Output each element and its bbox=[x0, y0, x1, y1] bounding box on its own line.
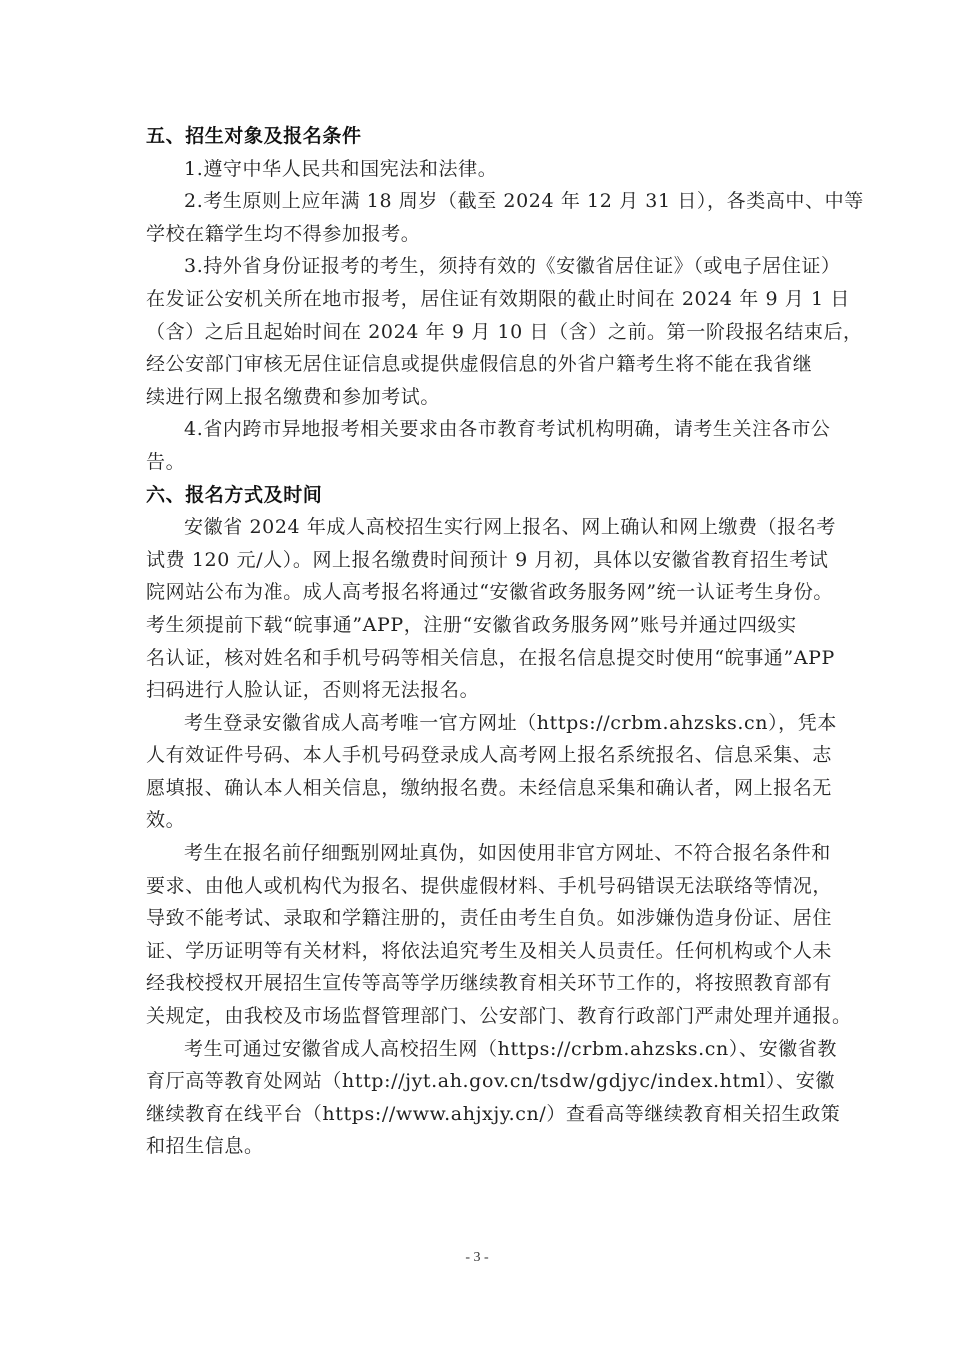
text-line: 关规定，由我校及市场监督管理部门、公安部门、教育行政部门严肃处理并通报。 bbox=[146, 1000, 814, 1033]
paragraph-item-1: 1.遵守中华人民共和国宪法和法律。 bbox=[146, 153, 814, 186]
text-line: 续进行网上报名缴费和参加考试。 bbox=[146, 381, 814, 414]
text-line: 院网站公布为准。成人高考报名将通过“安徽省政务服务网”统一认证考生身份。 bbox=[146, 576, 814, 609]
text-line: 愿填报、确认本人相关信息，缴纳报名费。未经信息采集和确认者，网上报名无 bbox=[146, 772, 814, 805]
text-line: 4.省内跨市异地报考相关要求由各市教育考试机构明确，请考生关注各市公 bbox=[146, 413, 814, 446]
text-line: 要求、由他人或机构代为报名、提供虚假材料、手机号码错误无法联络等情况， bbox=[146, 870, 814, 903]
text-line: 试费 120 元/人）。网上报名缴费时间预计 9 月初，具体以安徽省教育招生考试 bbox=[146, 544, 814, 577]
text-line: 告。 bbox=[146, 446, 814, 479]
text-line: 人有效证件号码、本人手机号码登录成人高考网上报名系统报名、信息采集、志 bbox=[146, 739, 814, 772]
paragraph-item-4: 4.省内跨市异地报考相关要求由各市教育考试机构明确，请考生关注各市公 告。 bbox=[146, 413, 814, 478]
text-line: 2.考生原则上应年满 18 周岁（截至 2024 年 12 月 31 日），各类… bbox=[146, 185, 814, 218]
text-line: 继续教育在线平台（https://www.ahjxjy.cn/）查看高等继续教育… bbox=[146, 1098, 814, 1131]
document-page: 五、招生对象及报名条件 1.遵守中华人民共和国宪法和法律。 2.考生原则上应年满… bbox=[0, 0, 954, 1348]
text-line: （含）之后且起始时间在 2024 年 9 月 10 日（含）之前。第一阶段报名结… bbox=[146, 316, 814, 349]
paragraph-reference-websites: 考生可通过安徽省成人高校招生网（https://crbm.ahzsks.cn）、… bbox=[146, 1033, 814, 1163]
document-body: 五、招生对象及报名条件 1.遵守中华人民共和国宪法和法律。 2.考生原则上应年满… bbox=[146, 120, 814, 1163]
text-line: 证、学历证明等有关材料，将依法追究考生及相关人员责任。任何机构或个人未 bbox=[146, 935, 814, 968]
text-line: 考生登录安徽省成人高考唯一官方网址（https://crbm.ahzsks.cn… bbox=[146, 707, 814, 740]
text-line: 3.持外省身份证报考的考生，须持有效的《安徽省居住证》（或电子居住证） bbox=[146, 250, 814, 283]
paragraph-responsibility-notice: 考生在报名前仔细甄别网址真伪，如因使用非官方网址、不符合报名条件和 要求、由他人… bbox=[146, 837, 814, 1033]
paragraph-official-website: 考生登录安徽省成人高考唯一官方网址（https://crbm.ahzsks.cn… bbox=[146, 707, 814, 837]
text-line: 在发证公安机关所在地市报考，居住证有效期限的截止时间在 2024 年 9 月 1… bbox=[146, 283, 814, 316]
text-line: 学校在籍学生均不得参加报考。 bbox=[146, 218, 814, 251]
page-number: - 3 - bbox=[0, 1250, 954, 1266]
text-line: 经公安部门审核无居住证信息或提供虚假信息的外省户籍考生将不能在我省继 bbox=[146, 348, 814, 381]
section-heading-registration-method: 六、报名方式及时间 bbox=[146, 479, 814, 512]
text-line: 名认证，核对姓名和手机号码等相关信息，在报名信息提交时使用“皖事通”APP bbox=[146, 642, 814, 675]
text-line: 考生须提前下载“皖事通”APP，注册“安徽省政务服务网”账号并通过四级实 bbox=[146, 609, 814, 642]
text-line: 效。 bbox=[146, 804, 814, 837]
text-line: 扫码进行人脸认证，否则将无法报名。 bbox=[146, 674, 814, 707]
text-line: 和招生信息。 bbox=[146, 1130, 814, 1163]
paragraph-online-registration: 安徽省 2024 年成人高校招生实行网上报名、网上确认和网上缴费（报名考 试费 … bbox=[146, 511, 814, 707]
text-line: 安徽省 2024 年成人高校招生实行网上报名、网上确认和网上缴费（报名考 bbox=[146, 511, 814, 544]
text-line: 导致不能考试、录取和学籍注册的，责任由考生自负。如涉嫌伪造身份证、居住 bbox=[146, 902, 814, 935]
text-line: 1.遵守中华人民共和国宪法和法律。 bbox=[146, 153, 814, 186]
section-heading-enrollment-conditions: 五、招生对象及报名条件 bbox=[146, 120, 814, 153]
paragraph-item-2: 2.考生原则上应年满 18 周岁（截至 2024 年 12 月 31 日），各类… bbox=[146, 185, 814, 250]
text-line: 育厅高等教育处网站（http://jyt.ah.gov.cn/tsdw/gdjy… bbox=[146, 1065, 814, 1098]
text-line: 考生在报名前仔细甄别网址真伪，如因使用非官方网址、不符合报名条件和 bbox=[146, 837, 814, 870]
paragraph-item-3: 3.持外省身份证报考的考生，须持有效的《安徽省居住证》（或电子居住证） 在发证公… bbox=[146, 250, 814, 413]
text-line: 经我校授权开展招生宣传等高等学历继续教育相关环节工作的，将按照教育部有 bbox=[146, 967, 814, 1000]
text-line: 考生可通过安徽省成人高校招生网（https://crbm.ahzsks.cn）、… bbox=[146, 1033, 814, 1066]
